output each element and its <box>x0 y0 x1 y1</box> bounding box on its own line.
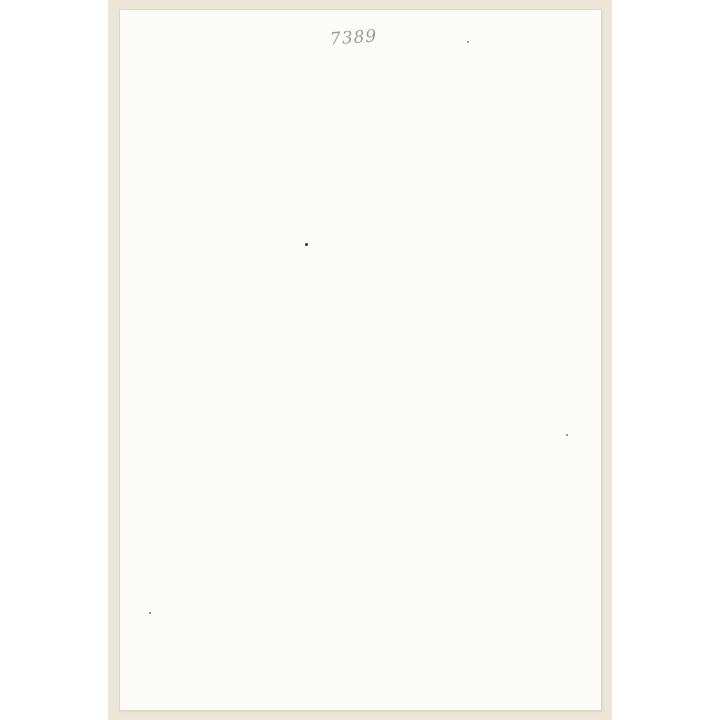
dust-speck <box>566 434 568 436</box>
dust-speck <box>305 243 308 246</box>
photo-card-back <box>120 10 601 710</box>
handwritten-number: 7389 <box>329 26 378 49</box>
dust-speck <box>467 41 469 43</box>
dust-speck <box>149 612 151 614</box>
